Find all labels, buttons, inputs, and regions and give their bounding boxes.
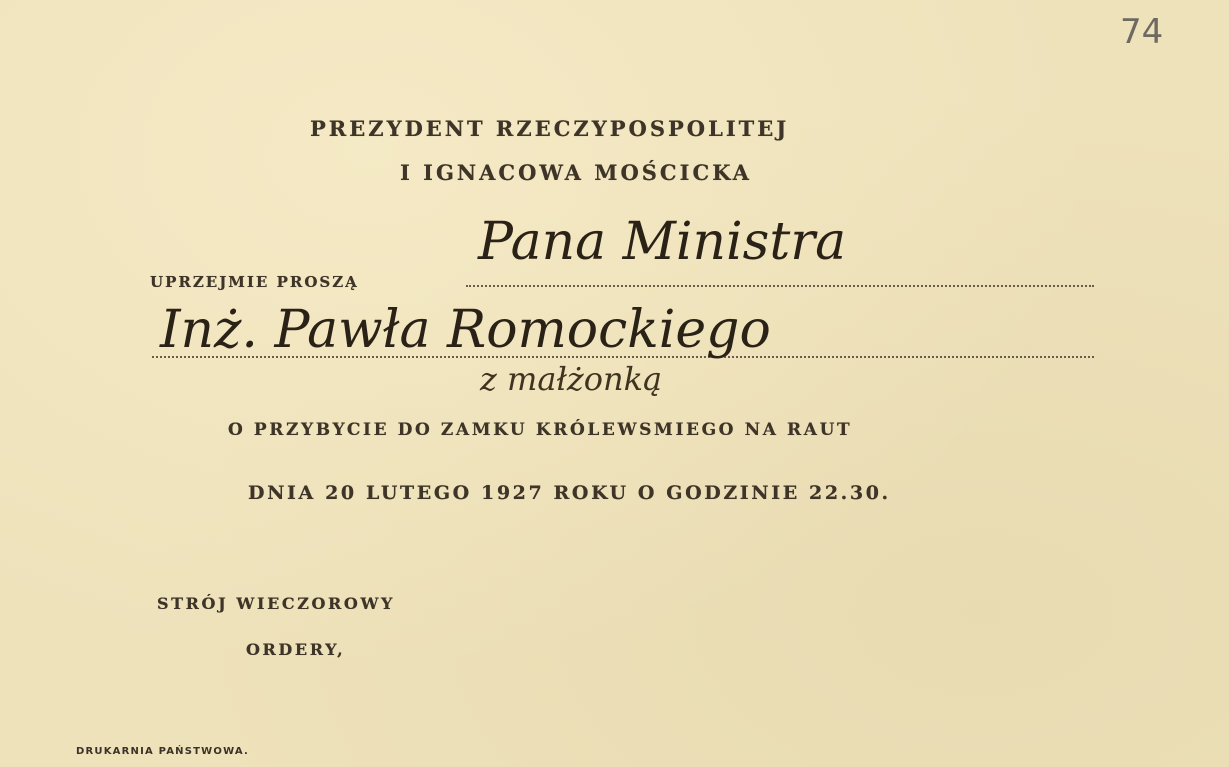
invitation-card: 74 PREZYDENT RZECZYPOSPOLITEJ I IGNACOWA… bbox=[0, 0, 1229, 767]
fill-line-1 bbox=[466, 285, 1094, 287]
body-line-1: O PRZYBYCIE DO ZAMKU KRÓLEWSMIEGO NA RAU… bbox=[228, 420, 852, 440]
invitation-label: UPRZEJMIE PROSZĄ bbox=[150, 273, 359, 291]
header-line-1: PREZYDENT RZECZYPOSPOLITEJ bbox=[310, 116, 789, 141]
handwritten-title: Pana Ministra bbox=[478, 212, 846, 272]
dress-code-line-2: ORDERY, bbox=[246, 640, 345, 659]
handwritten-companion: z małżonką bbox=[480, 360, 662, 398]
dress-code-line-1: STRÓJ WIECZOROWY bbox=[157, 594, 395, 613]
body-line-2: DNIA 20 LUTEGO 1927 ROKU O GODZINIE 22.3… bbox=[248, 482, 891, 504]
header-line-2: I IGNACOWA MOŚCICKA bbox=[400, 160, 752, 185]
printer-imprint: DRUKARNIA PAŃSTWOWA. bbox=[76, 746, 249, 757]
handwritten-name: Inż. Pawła Romockiego bbox=[160, 300, 771, 360]
archive-number: 74 bbox=[1120, 12, 1163, 52]
